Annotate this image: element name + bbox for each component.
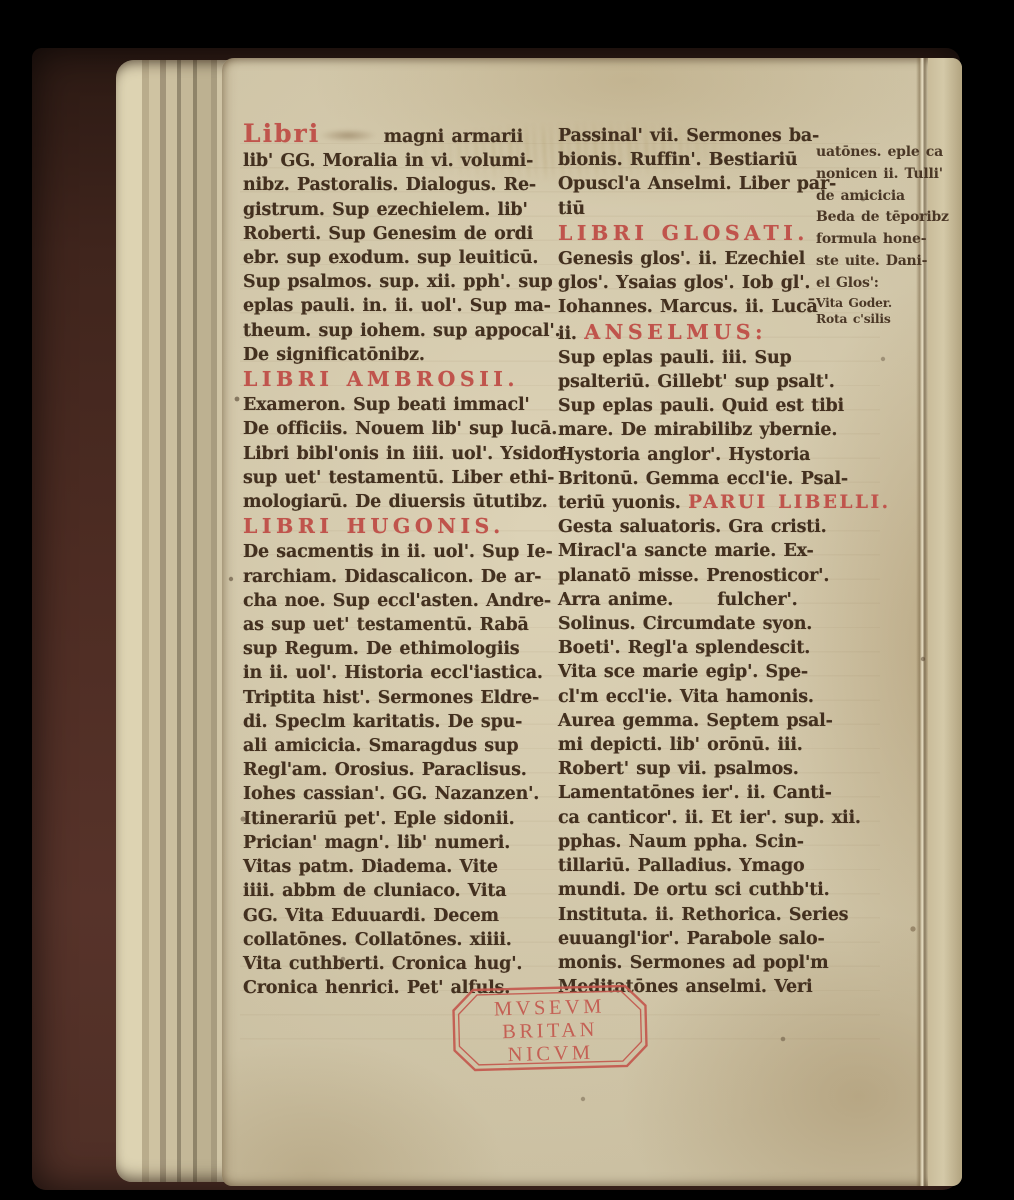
text-segment: Regl'am. Orosius. Paraclisus. bbox=[243, 760, 527, 780]
manuscript-text-line: De officiis. Nouem lib' sup lucā. bbox=[243, 417, 566, 441]
text-segment: lib' GG. Moralia in vi. volumi- bbox=[243, 151, 533, 171]
manuscript-text-line: Vita cuthberti. Cronica hug'. bbox=[243, 952, 566, 976]
manuscript-text-line: rarchiam. Didascalicon. De ar- bbox=[243, 565, 566, 589]
manuscript-text-line: planatō misse. Prenosticor'. bbox=[558, 564, 891, 588]
text-segment: glos'. Ysaias glos'. Iob gl'. bbox=[558, 273, 810, 293]
text-segment: Sup eplas pauli. Quid est tibi bbox=[558, 396, 844, 416]
text-segment: mare. De mirabilibz ybernie. bbox=[558, 420, 837, 440]
text-segment: sup uet' testamentū. Liber ethi- bbox=[243, 468, 554, 488]
manuscript-text-line: eplas pauli. in. ii. uol'. Sup ma- bbox=[243, 294, 566, 318]
manuscript-text-line: Regl'am. Orosius. Paraclisus. bbox=[243, 758, 566, 782]
manuscript-text-line: collatōnes. Collatōnes. xiiii. bbox=[243, 928, 566, 952]
text-segment: Boeti'. Regl'a splendescit. bbox=[558, 638, 810, 658]
manuscript-text-line: GG. Vita Eduuardi. Decem bbox=[243, 904, 566, 928]
text-segment: Arra anime. bbox=[558, 590, 673, 610]
text-segment: Miracl'a sancte marie. Ex- bbox=[558, 541, 814, 561]
text-segment: ii. bbox=[558, 324, 584, 344]
manuscript-text-line: sup Regum. De ethimologiis bbox=[243, 637, 566, 661]
text-segment: nibz. Pastoralis. Dialogus. Re- bbox=[243, 175, 536, 195]
manuscript-text-line: nibz. Pastoralis. Dialogus. Re- bbox=[243, 173, 566, 197]
manuscript-text-line: ebr. sup exodum. sup leuiticū. bbox=[243, 246, 566, 270]
manuscript-photo: Libri magni armariilib' GG. Moralia in v… bbox=[0, 0, 1014, 1200]
text-segment: Sup psalmos. sup. xii. pph'. sup bbox=[243, 272, 553, 292]
text-segment: Sup eplas pauli. iii. Sup bbox=[558, 348, 792, 368]
text-segment: de amicicia bbox=[816, 188, 905, 204]
manuscript-text-line: Vita sce marie egip'. Spe- bbox=[558, 660, 891, 684]
stamp-text-line1: MVSEVM bbox=[494, 996, 606, 1021]
manuscript-text-line: ali amicicia. Smaragdus sup bbox=[243, 734, 566, 758]
manuscript-text-line: Instituta. ii. Rethorica. Series bbox=[558, 903, 891, 927]
text-segment: theum. sup iohem. sup appocal'. bbox=[243, 321, 560, 341]
manuscript-text-line: pphas. Naum ppha. Scin- bbox=[558, 830, 891, 854]
text-segment bbox=[320, 129, 376, 142]
text-segment: formula hone- bbox=[816, 231, 926, 247]
text-segment: ste uite. Dani- bbox=[816, 253, 927, 269]
text-segment: ebr. sup exodum. sup leuiticū. bbox=[243, 248, 538, 268]
manuscript-text-line: sup uet' testamentū. Liber ethi- bbox=[243, 466, 566, 490]
text-segment: di. Speclm karitatis. De spu- bbox=[243, 712, 522, 732]
text-segment: cl'm eccl'ie. Vita hamonis. bbox=[558, 687, 814, 707]
text-segment: Iohes cassian'. GG. Nazanzen'. bbox=[243, 784, 539, 804]
text-segment: Instituta. ii. Rethorica. Series bbox=[558, 905, 848, 925]
manuscript-text-line: LIBRI HUGONIS. bbox=[243, 514, 566, 540]
manuscript-text-line: as sup uet' testamentū. Rabā bbox=[243, 613, 566, 637]
text-segment: gistrum. Sup ezechielem. lib' bbox=[243, 200, 528, 220]
text-segment: Beda de tēporibz bbox=[816, 209, 949, 225]
manuscript-text-line: psalteriū. Gillebt' sup psalt'. bbox=[558, 370, 891, 394]
text-segment: in ii. uol'. Historia eccl'iastica. bbox=[243, 663, 543, 683]
manuscript-text-line: el Glos': bbox=[816, 273, 949, 295]
text-segment: Opuscl'a Anselmi. Liber par- bbox=[558, 174, 836, 194]
text-segment: Britonū. Gemma eccl'ie. Psal- bbox=[558, 469, 848, 489]
text-segment: uatōnes. eple ca bbox=[816, 144, 943, 160]
facing-page-text-column: uatōnes. eple canonicen ii. Tulli'de ami… bbox=[816, 142, 949, 328]
text-segment: mologiarū. De diuersis ūtutibz. bbox=[243, 492, 548, 512]
text-segment: Vita cuthberti. Cronica hug'. bbox=[243, 954, 522, 974]
manuscript-text-line: Gesta saluatoris. Gra cristi. bbox=[558, 515, 891, 539]
text-segment: Roberti. Sup Genesim de ordi bbox=[243, 224, 533, 244]
text-segment: De officiis. Nouem lib' sup lucā. bbox=[243, 419, 557, 439]
manuscript-text-line: Roberti. Sup Genesim de ordi bbox=[243, 222, 566, 246]
manuscript-text-line: nonicen ii. Tulli' bbox=[816, 164, 949, 186]
manuscript-text-line: di. Speclm karitatis. De spu- bbox=[243, 710, 566, 734]
manuscript-text-line: Solinus. Circumdate syon. bbox=[558, 612, 891, 636]
text-segment: rarchiam. Didascalicon. De ar- bbox=[243, 567, 541, 587]
text-segment: magni armarii bbox=[376, 127, 523, 147]
text-segment: Gesta saluatoris. Gra cristi. bbox=[558, 517, 827, 537]
text-segment: Libri bibl'onis in iiii. uol'. Ysidor' bbox=[243, 444, 566, 464]
manuscript-text-line: Aurea gemma. Septem psal- bbox=[558, 709, 891, 733]
text-segment: Passinal' vii. Sermones ba- bbox=[558, 126, 819, 146]
manuscript-text-line: Arra anime.fulcher'. bbox=[558, 588, 891, 612]
manuscript-text-line: Beda de tēporibz bbox=[816, 207, 949, 229]
catalogue-left-column: Libri magni armariilib' GG. Moralia in v… bbox=[243, 122, 566, 1000]
text-segment: ali amicicia. Smaragdus sup bbox=[243, 736, 518, 756]
rubric-segment: LIBRI AMBROSII. bbox=[243, 367, 519, 391]
text-segment: Exameron. Sup beati immacl' bbox=[243, 395, 530, 415]
manuscript-text-line: mundi. De ortu sci cuthb'ti. bbox=[558, 878, 891, 902]
text-segment: Genesis glos'. ii. Ezechiel bbox=[558, 249, 805, 269]
manuscript-text-line: Lamentatōnes ier'. ii. Canti- bbox=[558, 781, 891, 805]
manuscript-text-line: Rota c'silis bbox=[816, 311, 949, 328]
text-segment: pphas. Naum ppha. Scin- bbox=[558, 832, 804, 852]
manuscript-text-line: Exameron. Sup beati immacl' bbox=[243, 393, 566, 417]
text-segment: mundi. De ortu sci cuthb'ti. bbox=[558, 880, 829, 900]
text-segment: Robert' sup vii. psalmos. bbox=[558, 759, 799, 779]
text-segment: Vita Goder. bbox=[816, 295, 892, 310]
manuscript-text-line: Sup eplas pauli. iii. Sup bbox=[558, 346, 891, 370]
text-segment: iiii. abbm de cluniaco. Vita bbox=[243, 881, 506, 901]
stamp-text-line3: NICVM bbox=[507, 1042, 593, 1066]
manuscript-text-line: iiii. abbm de cluniaco. Vita bbox=[243, 879, 566, 903]
manuscript-text-line: De significatōnibz. bbox=[243, 343, 566, 367]
manuscript-text-line: gistrum. Sup ezechielem. lib' bbox=[243, 198, 566, 222]
stamp-text-line2: BRITAN bbox=[502, 1019, 598, 1043]
text-segment: Vitas patm. Diadema. Vite bbox=[243, 857, 498, 877]
text-segment: euuangl'ior'. Parabole salo- bbox=[558, 929, 825, 949]
text-segment: Libri bbox=[243, 119, 320, 148]
rubric-segment: LIBRI GLOSATI. bbox=[558, 221, 809, 245]
text-segment: teriū yuonis. bbox=[558, 493, 688, 513]
manuscript-text-line: Vita Goder. bbox=[816, 295, 949, 312]
manuscript-text-line: Libri bibl'onis in iiii. uol'. Ysidor' bbox=[243, 442, 566, 466]
manuscript-text-line: Triptita hist'. Sermones Eldre- bbox=[243, 686, 566, 710]
text-segment: Hystoria anglor'. Hystoria bbox=[558, 445, 810, 465]
text-segment: tillariū. Palladius. Ymago bbox=[558, 856, 805, 876]
text-segment: Rota c'silis bbox=[816, 311, 891, 326]
text-segment: monis. Sermones ad popl'm bbox=[558, 953, 828, 973]
manuscript-text-line: tillariū. Palladius. Ymago bbox=[558, 854, 891, 878]
text-segment: Lamentatōnes ier'. ii. Canti- bbox=[558, 783, 832, 803]
museum-britannicum-stamp: MVSEVM BRITAN NICVM bbox=[451, 983, 649, 1072]
manuscript-text-line: De sacmentis in ii. uol'. Sup Ie- bbox=[243, 540, 566, 564]
manuscript-text-line: teriū yuonis. PARUI LIBELLI. bbox=[558, 491, 891, 515]
manuscript-text-line: uatōnes. eple ca bbox=[816, 142, 949, 164]
manuscript-text-line: lib' GG. Moralia in vi. volumi- bbox=[243, 149, 566, 173]
text-segment: Itinerariū pet'. Eple sidonii. bbox=[243, 809, 515, 829]
manuscript-text-line: Libri magni armarii bbox=[243, 122, 566, 149]
rubric-segment: LIBRI HUGONIS. bbox=[243, 514, 505, 538]
text-segment: Aurea gemma. Septem psal- bbox=[558, 711, 833, 731]
text-segment: as sup uet' testamentū. Rabā bbox=[243, 615, 529, 635]
manuscript-text-line: Vitas patm. Diadema. Vite bbox=[243, 855, 566, 879]
manuscript-text-line: cha noe. Sup eccl'asten. Andre- bbox=[243, 589, 566, 613]
text-segment: tiū bbox=[558, 199, 585, 219]
manuscript-text-line: in ii. uol'. Historia eccl'iastica. bbox=[243, 661, 566, 685]
manuscript-text-line: de amicicia bbox=[816, 186, 949, 208]
manuscript-text-line: mi depicti. lib' orōnū. iii. bbox=[558, 733, 891, 757]
text-segment: cha noe. Sup eccl'asten. Andre- bbox=[243, 591, 551, 611]
text-segment: fulcher'. bbox=[717, 590, 797, 610]
manuscript-text-line: Robert' sup vii. psalmos. bbox=[558, 757, 891, 781]
stacked-page-edges bbox=[116, 60, 232, 1182]
manuscript-text-line: formula hone- bbox=[816, 229, 949, 251]
text-segment: De significatōnibz. bbox=[243, 345, 425, 365]
manuscript-text-line: LIBRI AMBROSII. bbox=[243, 367, 566, 393]
text-segment: mi depicti. lib' orōnū. iii. bbox=[558, 735, 803, 755]
text-segment: collatōnes. Collatōnes. xiiii. bbox=[243, 930, 512, 950]
manuscript-text-line: Hystoria anglor'. Hystoria bbox=[558, 443, 891, 467]
manuscript-text-line: Itinerariū pet'. Eple sidonii. bbox=[243, 807, 566, 831]
text-segment: Triptita hist'. Sermones Eldre- bbox=[243, 688, 539, 708]
text-segment: ca canticor'. ii. Et ier'. sup. xii. bbox=[558, 808, 861, 828]
manuscript-text-line: Miracl'a sancte marie. Ex- bbox=[558, 539, 891, 563]
text-segment: planatō misse. Prenosticor'. bbox=[558, 566, 829, 586]
manuscript-text-line: Sup eplas pauli. Quid est tibi bbox=[558, 394, 891, 418]
manuscript-text-line: theum. sup iohem. sup appocal'. bbox=[243, 319, 566, 343]
text-segment: el Glos': bbox=[816, 275, 879, 291]
text-segment: De sacmentis in ii. uol'. Sup Ie- bbox=[243, 542, 553, 562]
text-segment: bionis. Ruffin'. Bestiariū bbox=[558, 150, 797, 170]
manuscript-text-line: euuangl'ior'. Parabole salo- bbox=[558, 927, 891, 951]
text-segment: Prician' magn'. lib' numeri. bbox=[243, 833, 510, 853]
manuscript-text-line: ste uite. Dani- bbox=[816, 251, 949, 273]
manuscript-text-line: mare. De mirabilibz ybernie. bbox=[558, 418, 891, 442]
text-segment: eplas pauli. in. ii. uol'. Sup ma- bbox=[243, 296, 551, 316]
rubric-segment: ANSELMUS: bbox=[584, 320, 767, 344]
manuscript-text-line: Iohes cassian'. GG. Nazanzen'. bbox=[243, 782, 566, 806]
manuscript-text-line: cl'm eccl'ie. Vita hamonis. bbox=[558, 685, 891, 709]
ink-flecks bbox=[222, 58, 224, 60]
manuscript-text-line: Britonū. Gemma eccl'ie. Psal- bbox=[558, 467, 891, 491]
text-segment: GG. Vita Eduuardi. Decem bbox=[243, 906, 499, 926]
manuscript-text-line: Prician' magn'. lib' numeri. bbox=[243, 831, 566, 855]
manuscript-text-line: Boeti'. Regl'a splendescit. bbox=[558, 636, 891, 660]
text-segment: nonicen ii. Tulli' bbox=[816, 166, 943, 182]
text-segment: Solinus. Circumdate syon. bbox=[558, 614, 812, 634]
manuscript-text-line: mologiarū. De diuersis ūtutibz. bbox=[243, 490, 566, 514]
text-segment: Iohannes. Marcus. ii. Lucā bbox=[558, 297, 818, 317]
text-segment: sup Regum. De ethimologiis bbox=[243, 639, 519, 659]
manuscript-text-line: ca canticor'. ii. Et ier'. sup. xii. bbox=[558, 806, 891, 830]
manuscript-text-line: monis. Sermones ad popl'm bbox=[558, 951, 891, 975]
text-segment: Vita sce marie egip'. Spe- bbox=[558, 662, 808, 682]
rubric-segment: PARUI LIBELLI. bbox=[688, 492, 891, 513]
text-segment: psalteriū. Gillebt' sup psalt'. bbox=[558, 372, 835, 392]
manuscript-text-line: Sup psalmos. sup. xii. pph'. sup bbox=[243, 270, 566, 294]
